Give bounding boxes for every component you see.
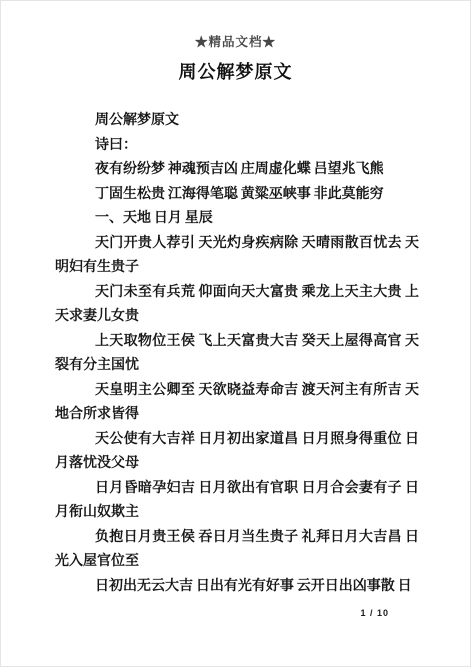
- doc-body: 周公解梦原文 诗曰： 夜有纷纷梦 神魂预吉凶 庄周虚化蝶 吕望兆飞熊 丁固生松贵…: [55, 107, 419, 597]
- poem-line: 夜有纷纷梦 神魂预吉凶 庄周虚化蝶 吕望兆飞熊: [55, 156, 419, 181]
- paragraph: 天门开贵人荐引 天光灼身疾病除 天晴雨散百忧去 天明妇有生贵子: [55, 230, 419, 279]
- paragraph: 日月昏暗孕妇吉 日月欲出有官职 日月合会妻有子 日月衔山奴欺主: [55, 475, 419, 524]
- page-number: 1 / 10: [360, 608, 389, 618]
- paragraph: 天门未至有兵荒 仰面向天大富贵 乘龙上天主大贵 上天求妻儿女贵: [55, 279, 419, 328]
- poem-intro: 诗曰：: [55, 132, 419, 157]
- page-title: 周公解梦原文: [1, 58, 470, 84]
- paragraph: 天皇明主公卿至 天欲晓益寿命吉 渡天河主有所吉 天地合所求皆得: [55, 377, 419, 426]
- poem-line: 丁固生松贵 江海得笔聪 黄粱巫峡事 非此莫能穷: [55, 181, 419, 206]
- paragraph: 上天取物位王侯 飞上天富贵大吉 癸天上屋得高官 天裂有分主国忧: [55, 328, 419, 377]
- body-heading: 周公解梦原文: [55, 107, 419, 132]
- document-page: ★精品文档★ 周公解梦原文 周公解梦原文 诗曰： 夜有纷纷梦 神魂预吉凶 庄周虚…: [0, 0, 471, 667]
- doc-header-watermark: ★精品文档★: [1, 32, 470, 50]
- paragraph: 天公使有大吉祥 日月初出家道昌 日月照身得重位 日月落忧没父母: [55, 426, 419, 475]
- paragraph: 负抱日月贵王侯 吞日月当生贵子 礼拜日月大吉昌 日光入屋官位至: [55, 524, 419, 573]
- paragraph: 日初出无云大吉 日出有光有好事 云开日出凶事散 日: [55, 573, 419, 598]
- section-heading: 一、天地 日月 星辰: [55, 205, 419, 230]
